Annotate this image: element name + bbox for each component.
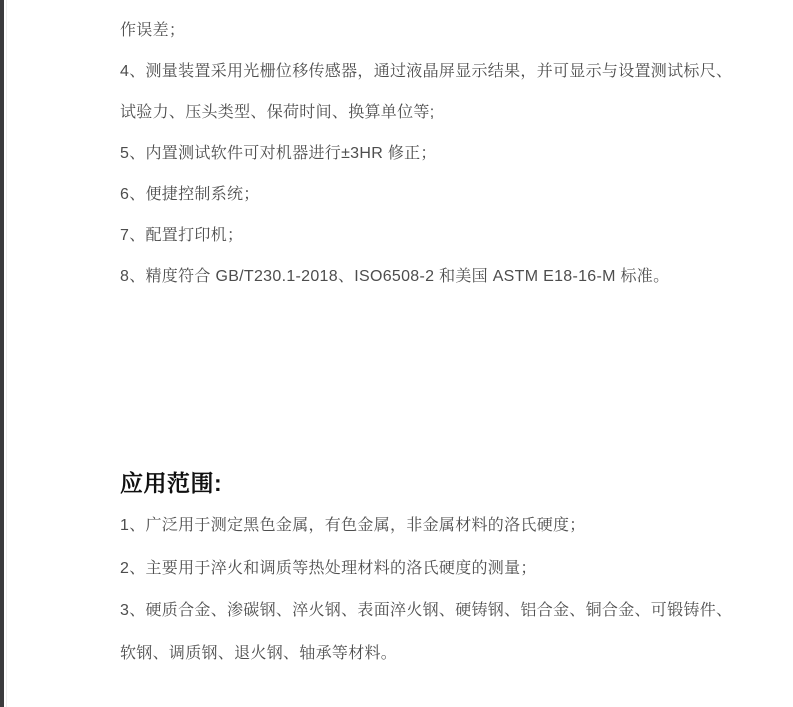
application-item-2: 2、主要用于淬火和调质等热处理材料的洛氏硬度的测量； (120, 548, 780, 591)
feature-list: 作误差； 4、测量装置采用光栅位移传感器，通过液晶屏显示结果，并可显示与设置测试… (120, 10, 780, 297)
feature-line-continuation: 作误差； (120, 10, 780, 51)
feature-item-4: 4、测量装置采用光栅位移传感器，通过液晶屏显示结果，并可显示与设置测试标尺、 试… (120, 51, 780, 133)
applications-section-heading: 应用范围: (120, 468, 222, 498)
application-item-1: 1、广泛用于测定黑色金属，有色金属，非金属材料的洛氏硬度； (120, 505, 780, 548)
applications-list: 1、广泛用于测定黑色金属，有色金属，非金属材料的洛氏硬度； 2、主要用于淬火和调… (120, 505, 780, 675)
feature-item-8: 8、精度符合 GB/T230.1-2018、ISO6508-2 和美国 ASTM… (120, 256, 780, 297)
left-edge-bar (0, 0, 4, 707)
feature-item-6: 6、便捷控制系统； (120, 174, 780, 215)
left-edge-divider (6, 0, 7, 707)
feature-item-7: 7、配置打印机； (120, 215, 780, 256)
feature-item-5: 5、内置测试软件可对机器进行±3HR 修正； (120, 133, 780, 174)
application-item-3: 3、硬质合金、渗碳钢、淬火钢、表面淬火钢、硬铸钢、铝合金、铜合金、可锻铸件、 软… (120, 590, 780, 675)
